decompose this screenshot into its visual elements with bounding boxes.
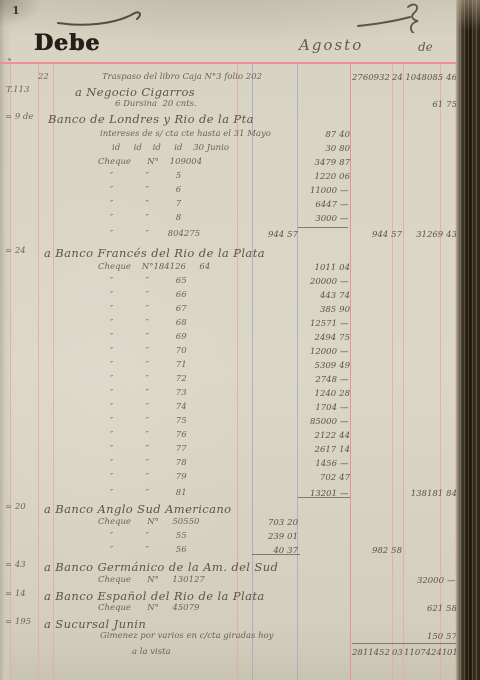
- entry-description: ″ ″ 65: [110, 276, 187, 286]
- entry-description: a Banco Anglo Sud Americano: [44, 502, 232, 516]
- amount-a2: 249475: [298, 333, 350, 343]
- ledger-row: ″ ″ 7012000—: [0, 346, 457, 360]
- entry-description: a Banco Francés del Rio de la Plata: [44, 246, 265, 260]
- page-number: 1: [12, 4, 20, 17]
- entry-description: ″ ″ 78: [110, 458, 187, 468]
- entry-description: ″ ″ 804275: [110, 229, 200, 239]
- ledger-row: = 14a Banco Español del Rio de la Plata: [0, 589, 457, 603]
- ledger-row: Cheque N°184126 64101104: [0, 262, 457, 276]
- margin-code: T.113: [6, 85, 29, 95]
- ledger-row: ″ ″ 56403798258: [0, 545, 457, 559]
- amount-a2: 101104: [298, 263, 350, 273]
- entry-description: a Banco Germánico de la Am. del Sud: [44, 560, 278, 574]
- amount-a2: 11000—: [298, 186, 350, 196]
- entry-description: ″ ″ 66: [110, 290, 187, 300]
- amount-a2: 85000—: [298, 417, 350, 427]
- ledger-row: ″ ″ 83000—: [0, 213, 457, 227]
- ledger-row: ″ ″ 71530949: [0, 360, 457, 374]
- amount-a2: 347987: [298, 158, 350, 168]
- ledger-row: = 9 deBanco de Londres y Rio de la Pta: [0, 112, 457, 126]
- ledger-row: ″ ″ 7970247: [0, 472, 457, 486]
- margin-code: 22: [38, 72, 49, 82]
- ledger-row: = 20a Banco Anglo Sud Americano: [0, 502, 457, 516]
- ledger-row: = 43a Banco Germánico de la Am. del Sud: [0, 560, 457, 574]
- sum-line: [298, 227, 348, 228]
- amount-a1: 70320: [252, 518, 298, 528]
- amount-a1: 94457: [252, 230, 298, 240]
- amount-a2: 8740: [298, 130, 350, 140]
- entry-description: a Banco Español del Rio de la Plata: [44, 589, 265, 603]
- ledger-row: ″ ″ 5523901: [0, 531, 457, 545]
- ledger-row: ″ ″ 80427594457944573126943: [0, 229, 457, 243]
- amount-r1: 94457: [352, 230, 402, 240]
- ledger-row: T.113a Negocio Cigarros: [0, 85, 457, 99]
- amount-a2: 12000—: [298, 347, 350, 357]
- entry-description: intereses de s/ cta cte hasta el 31 Mayo: [100, 129, 271, 139]
- ledger-page: 1 Debe Agosto de 22Traspaso del libro Ca…: [0, 0, 480, 680]
- amount-a2: 6447—: [298, 200, 350, 210]
- entry-description: Cheque N° 45079: [98, 603, 199, 613]
- amount-a2: 3080: [298, 144, 350, 154]
- ink-speck: [8, 58, 11, 61]
- amount-a2: 3000—: [298, 214, 350, 224]
- entry-description: Gimenez por varios en c/cta giradas hoy: [100, 631, 273, 641]
- ledger-row: Cheque N° 5055070320: [0, 517, 457, 531]
- entry-description: 6 Dursina 20 cnts.: [115, 99, 197, 109]
- amount-a2: 1456—: [298, 459, 350, 469]
- entry-description: ″ ″ 56: [110, 545, 187, 555]
- month-heading: Agosto: [299, 36, 363, 54]
- entry-description: a Sucursal Junin: [44, 617, 146, 631]
- ledger-row: ″ ″ 5122006: [0, 171, 457, 185]
- amount-r2: 15057: [404, 632, 457, 642]
- amount-a2: 2748—: [298, 375, 350, 385]
- margin-code: = 9 de: [5, 112, 33, 122]
- ledger-row: intereses de s/ cta cte hasta el 31 Mayo…: [0, 129, 457, 143]
- entry-description: ″ ″ 68: [110, 318, 187, 328]
- amount-r2: 62158: [404, 604, 457, 614]
- margin-code: = 195: [5, 617, 31, 627]
- amount-r2: 3126943: [404, 230, 457, 240]
- entry-description: ″ ″ 75: [110, 416, 187, 426]
- book-binding-top-edge: [456, 0, 480, 30]
- amount-r2: 32000—: [404, 576, 457, 586]
- amount-a2: 12571—: [298, 319, 350, 329]
- margin-code: = 20: [5, 502, 26, 512]
- margin-code: = 14: [5, 589, 26, 599]
- ledger-row: ″ ″ 76212244: [0, 430, 457, 444]
- amount-a2: 20000—: [298, 277, 350, 287]
- sum-line: [298, 497, 350, 498]
- entry-description: ″ ″ 81: [110, 488, 187, 498]
- entry-description: ″ ″ 8: [110, 213, 181, 223]
- amount-a2: 212244: [298, 431, 350, 441]
- entry-description: ″ ″ 6: [110, 185, 181, 195]
- ledger-row: Cheque N° 109004347987: [0, 157, 457, 171]
- amount-r1: 281145203: [352, 648, 402, 658]
- entry-description: a Negocio Cigarros: [75, 85, 195, 99]
- ledger-row: ″ ″ 69249475: [0, 332, 457, 346]
- amount-a2: 44374: [298, 291, 350, 301]
- pen-flourish-icon: [356, 1, 428, 33]
- entry-description: ″ ″ 76: [110, 430, 187, 440]
- amount-a2: 122006: [298, 172, 350, 182]
- entry-description: ″ ″ 70: [110, 346, 187, 356]
- ledger-row: ″ ″ 722748—: [0, 374, 457, 388]
- entry-description: ″ ″ 7: [110, 199, 181, 209]
- ledger-row: 6 Dursina 20 cnts.6175: [0, 99, 457, 113]
- amount-r1: 276093224: [352, 73, 402, 83]
- total-line: [352, 643, 456, 644]
- entry-description: ″ ″ 5: [110, 171, 181, 181]
- entry-description: ″ ″ 71: [110, 360, 187, 370]
- amount-a2: 261714: [298, 445, 350, 455]
- page-title: Debe: [34, 30, 100, 56]
- ledger-row: ″ ″ 7585000—: [0, 416, 457, 430]
- ledger-row: ″ ″ 76447—: [0, 199, 457, 213]
- entry-description: ″ ″ 79: [110, 472, 187, 482]
- amount-a2: 70247: [298, 473, 350, 483]
- entry-description: Cheque N° 109004: [98, 157, 202, 167]
- ledger-row: ″ ″ 611000—: [0, 185, 457, 199]
- entry-description: ″ ″ 55: [110, 531, 187, 541]
- ledger-row: Cheque N° 4507962158: [0, 603, 457, 617]
- header-rule-line: [0, 62, 457, 64]
- ledger-row: ″ ″ 8113201—13818184: [0, 488, 457, 502]
- ledger-row: a la vista2811452031107424101: [0, 647, 457, 661]
- entry-description: ″ ″ 77: [110, 444, 187, 454]
- entry-description: id id id id 30 Junio: [112, 143, 229, 153]
- amount-r2: 1107424101: [404, 648, 457, 658]
- amount-a2: 530949: [298, 361, 350, 371]
- amount-r1: 98258: [352, 546, 402, 556]
- entry-description: Traspaso del libro Caja N°3 folio 202: [102, 72, 262, 82]
- amount-r2: 13818184: [404, 489, 457, 499]
- entry-description: ″ ″ 69: [110, 332, 187, 342]
- entry-description: Cheque N° 50550: [98, 517, 199, 527]
- ledger-row: = 195a Sucursal Junin: [0, 617, 457, 631]
- amount-a2: 1704—: [298, 403, 350, 413]
- sum-line: [252, 554, 300, 555]
- entry-description: ″ ″ 73: [110, 388, 187, 398]
- ledger-row: ″ ″ 73124028: [0, 388, 457, 402]
- amount-a2: 38590: [298, 305, 350, 315]
- entry-description: ″ ″ 72: [110, 374, 187, 384]
- ledger-row: 22Traspaso del libro Caja N°3 folio 2022…: [0, 72, 457, 86]
- ledger-row: ″ ″ 77261714: [0, 444, 457, 458]
- ledger-row: = 24a Banco Francés del Rio de la Plata: [0, 246, 457, 260]
- entry-description: Cheque N°184126 64: [98, 262, 210, 272]
- ledger-row: ″ ″ 6738590: [0, 304, 457, 318]
- book-binding: [456, 0, 480, 680]
- margin-code: = 43: [5, 560, 26, 570]
- ledger-row: ″ ″ 6644374: [0, 290, 457, 304]
- ledger-row: ″ ″ 781456—: [0, 458, 457, 472]
- month-suffix: de: [418, 40, 433, 54]
- amount-a2: 124028: [298, 389, 350, 399]
- entry-description: a la vista: [132, 647, 171, 657]
- amount-a1: 23901: [252, 532, 298, 542]
- amount-r2: 104808546: [404, 73, 457, 83]
- ledger-row: ″ ″ 6812571—: [0, 318, 457, 332]
- entry-description: Cheque N° 130127: [98, 575, 205, 585]
- ledger-row: id id id id 30 Junio3080: [0, 143, 457, 157]
- ledger-row: ″ ″ 6520000—: [0, 276, 457, 290]
- amount-r2: 6175: [404, 100, 457, 110]
- entry-description: Banco de Londres y Rio de la Pta: [48, 112, 254, 126]
- pen-flourish-icon: [55, 6, 147, 30]
- ledger-row: ″ ″ 741704—: [0, 402, 457, 416]
- entry-description: ″ ″ 67: [110, 304, 187, 314]
- margin-code: = 24: [5, 246, 26, 256]
- ledger-row: Cheque N° 13012732000—: [0, 575, 457, 589]
- entry-description: ″ ″ 74: [110, 402, 187, 412]
